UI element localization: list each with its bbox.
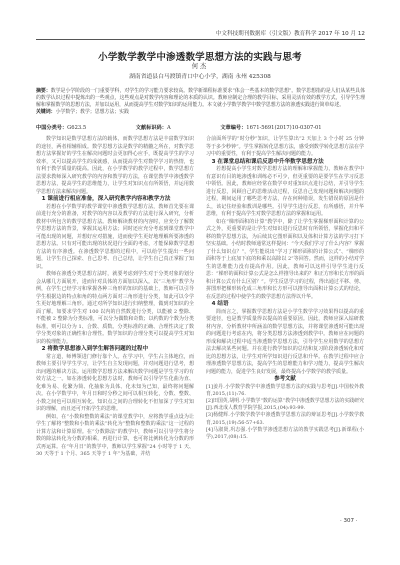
section-2-paragraph: 常言道，师傅领进门修行靠个人。在学习中，学生占主体地位，而教师主要引导学生学习，… <box>36 354 194 414</box>
section-4-heading: 4 结语 <box>206 301 364 309</box>
section-2-paragraph: 例如，在“小数和整数的乘法”的课堂教学中，应将教学重点设为让学生了解将“整数和小… <box>36 414 194 459</box>
author-affiliation: 湖南省道县白马渡镇青口中心小学，湖南 永州 425308 <box>0 71 400 80</box>
keywords-label: 关键词： <box>36 109 56 115</box>
abstract-text: 数学是小学阶段的一门重要学科，对学生的学习能力要求较高。数学新课程标准要求“体会… <box>36 88 365 108</box>
article-no-field: 文章编号：1671-5691(2017)10-0307-01 <box>220 125 345 131</box>
left-column: 数学知识是数学思想方法的载体，而数学思想方法是丰富数学知识的途径，两者相辅相成。… <box>36 136 194 459</box>
abstract: 摘要：数学是小学阶段的一门重要学科，对学生的学习能力要求较高。数学新课程标准要求… <box>36 88 365 116</box>
section-1-paragraph: 教师在渗透分类思想方法时，就要考虑到学生对于分类对象的划分会从哪几方面展开，进而… <box>36 271 194 346</box>
doc-code-field: 文献标识码：A <box>136 125 195 131</box>
section-3-paragraph: 若想提高小学生对数学思想方法的理解和掌握能力，教师在教学中有意识有目的地渗透和训… <box>206 166 364 219</box>
references-heading: 参考文献 <box>206 376 364 384</box>
keywords-text: 小学数学；教学；思想方法；实践 <box>56 109 129 115</box>
section-3-heading: 3 在课堂总结和课后反思中升华数学思想方法 <box>206 159 364 167</box>
section-3-paragraph: 如在“梯形面积的计算”教学中，除了让学生掌握梯形面积计算的公式之外，更重要的是让… <box>206 219 364 302</box>
section-1-heading: 1 课前进行相应准备，深入研究教学内容和教学方法 <box>36 196 194 204</box>
section-1-paragraph: 若想在小学数学的教学课堂中渗透数学思想方法，教师首先要在课前进行充分的准备，对教… <box>36 204 194 272</box>
author-name: 何杰 <box>0 61 400 70</box>
reference-item: [1]姜丹.小学数学教学中渗透数学思想方法的实践与思考[J].中国校外教育,20… <box>206 384 364 398</box>
clc-field: 中国分类号：G623.5 <box>36 125 110 131</box>
section-2-heading: 2 将数学思想渗入到学生解答问题的过程中 <box>36 346 194 354</box>
intro-paragraph: 数学知识是数学思想方法的载体，而数学思想方法是丰富数学知识的途径，两者相辅相成。… <box>36 136 194 196</box>
reference-item: [4]马淑贤,巩志强.小学数学渗透思想方法的教学实践思考[J].新课程(小学),… <box>206 427 364 441</box>
running-header: 中文科技期刊数据库（引文版）教育科学 2017 年 10 月 12 <box>36 29 365 40</box>
reference-item: [2]田国英,胡明.小学数学“数的运算”教学中渗透数学思想方法的实践研究[J].… <box>206 398 364 412</box>
section-4-paragraph: 简而言之，掌握数学思想方法是小学生数学学习效果得以提高的重要途径，也是教学质量得… <box>206 309 364 377</box>
continuation-paragraph: 合前面所学的“时分秒”知识，让学生算出“2 天加上 3 个小时 25 分钟等于多… <box>206 136 364 159</box>
article-metadata: 中国分类号：G623.5 文献标识码：A 文章编号：1671-5691(2017… <box>36 124 365 131</box>
abstract-label: 摘要： <box>36 88 51 94</box>
page-number: · 307 · <box>340 518 358 524</box>
right-column: 合前面所学的“时分秒”知识，让学生算出“2 天加上 3 个小时 25 分钟等于多… <box>206 136 364 441</box>
journal-title: 中文科技期刊数据库（引文版）教育科学 2017 年 10 月 12 <box>216 29 365 37</box>
reference-item: [3]杨健辉.小学数学教学中渗透数学思想方法的辩证思考[J].小学数学教育,20… <box>206 412 364 426</box>
